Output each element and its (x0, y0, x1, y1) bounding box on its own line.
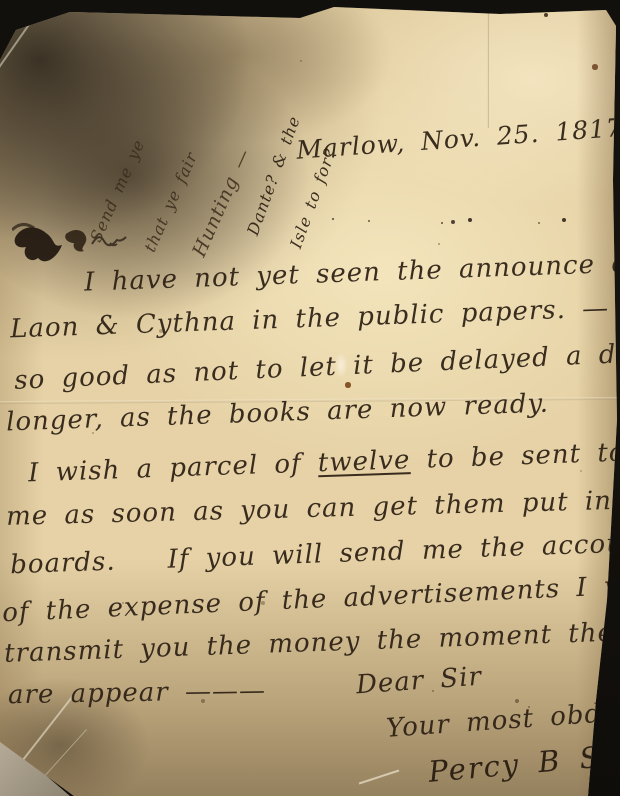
dateline: Marlow, Nov. 25. 1817. (296, 114, 620, 162)
body-line: me as soon as you can get them put in (6, 488, 612, 530)
body-line: of the expense of the advertisements I w… (2, 572, 620, 626)
body-text: If you will send me the account (167, 528, 620, 575)
body-line: boards.If you will send me the account (10, 530, 620, 578)
body-line: are appear ——— (8, 678, 266, 708)
ink-dots-row (0, 0, 2, 2)
foxing-spots (0, 0, 2, 2)
marginal-note-line: that ye fair (142, 150, 200, 255)
bottom-scratch (359, 770, 400, 785)
body-line: I wish a parcel of twelve to be sent to (28, 440, 620, 487)
body-text: to be sent to (410, 438, 620, 475)
vertical-fold-crease (487, 8, 489, 128)
scanned-letter-image: Send me ye that ye fair Hunting — Dante?… (0, 0, 620, 796)
body-line: I have not yet seen the announce of (84, 250, 620, 295)
closing-salutation: Dear Sir (355, 664, 482, 699)
signature: Percy B Shelley (427, 734, 620, 787)
body-line: longer, as the books are now ready. (6, 391, 550, 436)
corner-crease (0, 0, 52, 71)
closing-valediction: Your most obd. (385, 700, 612, 742)
body-line: Laon & Cythna in the public papers. — Be (10, 294, 620, 343)
marginal-note-line: Hunting — (190, 146, 255, 260)
underlined-word: twelve (317, 445, 410, 478)
ink-blot (12, 220, 152, 272)
letter-page: Send me ye that ye fair Hunting — Dante?… (0, 0, 620, 796)
body-line: so good as not to let it be delayed a da… (14, 340, 620, 394)
body-line: transmit you the money the moment they (4, 619, 620, 667)
body-text: I wish a parcel of (28, 448, 319, 488)
body-text: boards. (10, 547, 116, 581)
